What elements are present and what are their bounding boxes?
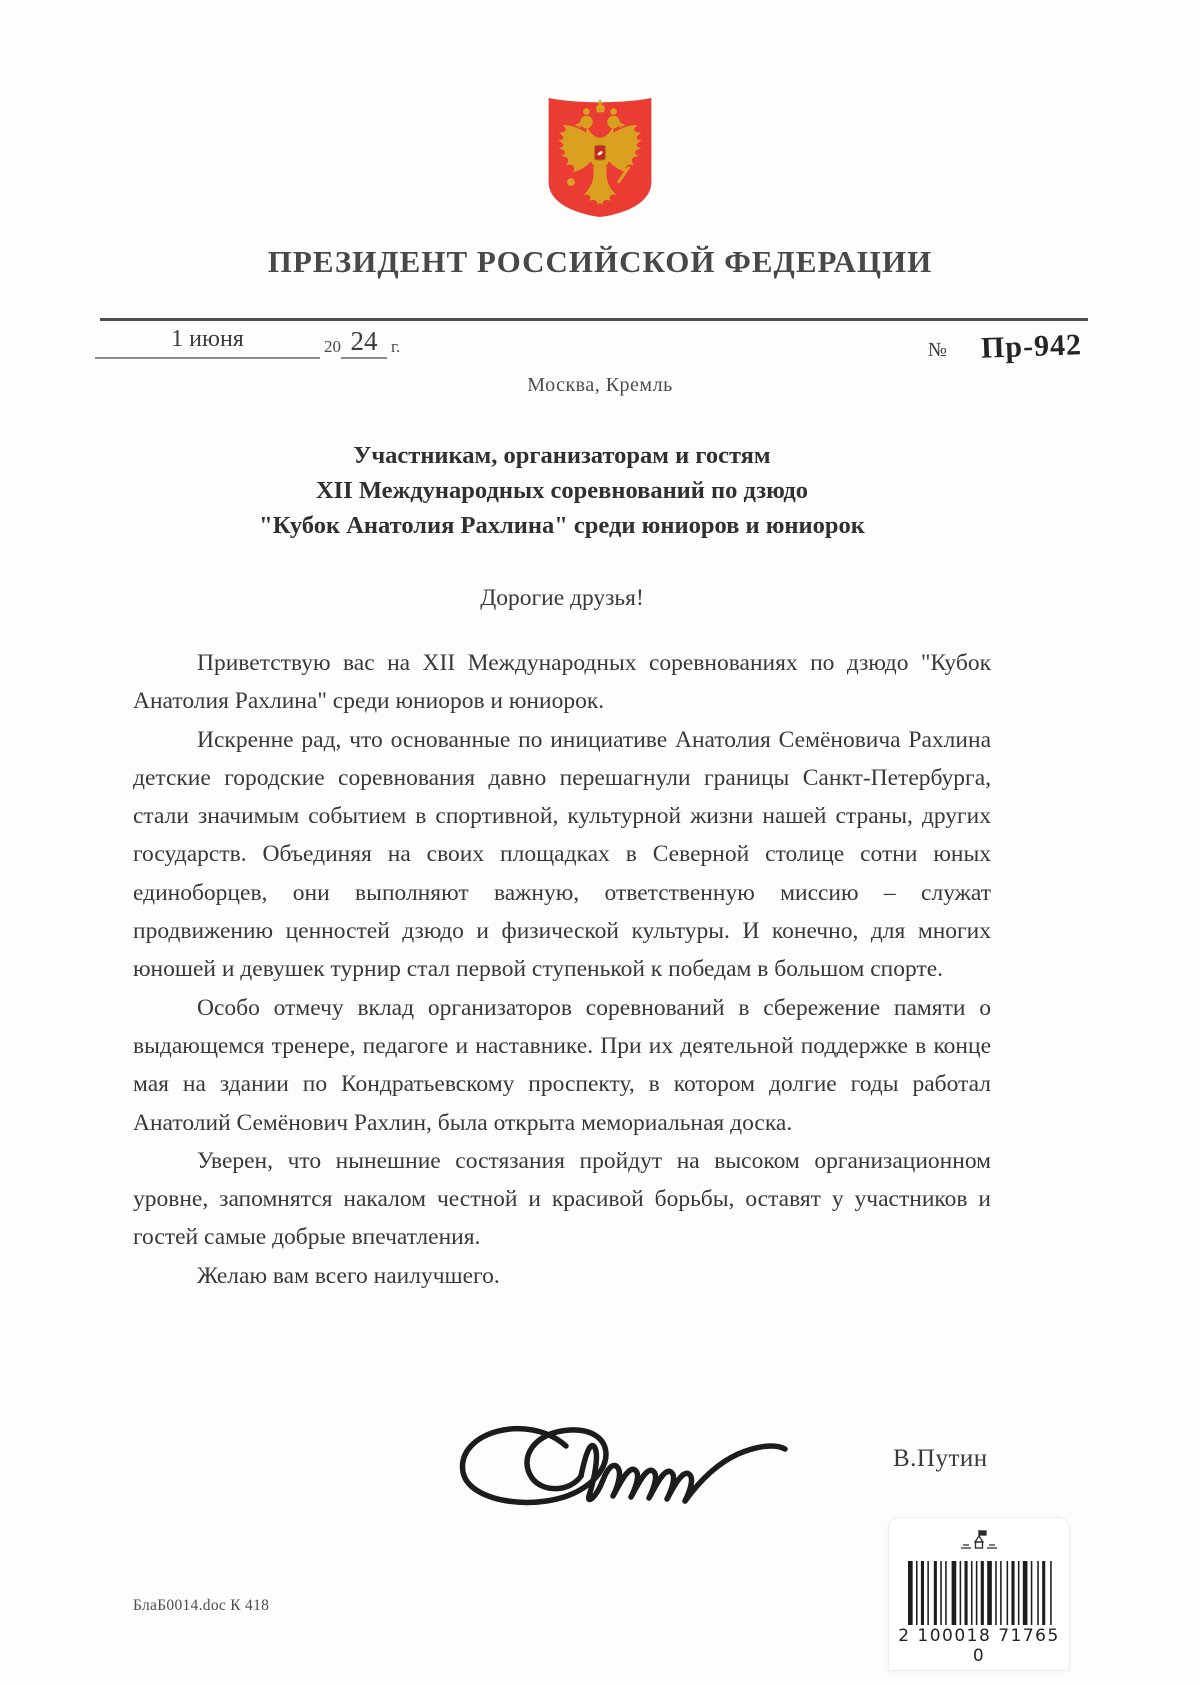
barcode (906, 1561, 1052, 1625)
coat-of-arms (541, 93, 659, 224)
date-value: 1 июня (95, 326, 320, 359)
number-sign: № (928, 339, 947, 361)
addressee-block: Участникам, организаторам и гостям XII М… (133, 438, 991, 543)
addressee-line-1: Участникам, организаторам и гостям (133, 438, 991, 473)
date-year: 24 (341, 326, 387, 359)
signature-icon (418, 1406, 828, 1556)
letterhead-rule (100, 318, 1088, 321)
russia-crest-icon (541, 93, 659, 219)
paragraph-4: Уверен, что нынешние состязания пройдут … (133, 1142, 991, 1257)
scanned-letter-page: ПРЕЗИДЕНТ РОССИЙСКОЙ ФЕДЕРАЦИИ 1 июня202… (0, 0, 1200, 1685)
paragraph-2: Искренне рад, что основанные по инициати… (133, 721, 991, 989)
paragraph-5: Желаю вам всего наилучшего. (133, 1257, 991, 1295)
place-line: Москва, Кремль (0, 374, 1200, 397)
barcode-digits: 2 100018 71765 0 (889, 1626, 1069, 1666)
signer-name: В.Путин (893, 1445, 988, 1473)
addressee-line-3: "Кубок Анатолия Рахлина" среди юниоров и… (133, 508, 991, 543)
letterhead-title: ПРЕЗИДЕНТ РОССИЙСКОЙ ФЕДЕРАЦИИ (0, 244, 1200, 280)
addressee-line-2: XII Международных соревнований по дзюдо (133, 473, 991, 508)
barcode-sticker: 2 100018 71765 0 (889, 1518, 1069, 1670)
document-reference: БлаБ0014.doc К 418 (133, 1597, 269, 1615)
document-number-row: №Пр-942 (928, 330, 1082, 364)
kremlin-tower-icon (959, 1528, 999, 1554)
date-century-prefix: 20 (324, 337, 341, 357)
paragraph-1: Приветствую вас на XII Международных сор… (133, 644, 991, 721)
letter-paragraphs: Приветствую вас на XII Международных сор… (133, 644, 991, 1295)
letter-content: Участникам, организаторам и гостям XII М… (133, 438, 991, 1295)
date-suffix: г. (391, 337, 400, 357)
paragraph-3: Особо отмечу вклад организаторов соревно… (133, 989, 991, 1142)
handwritten-signature (418, 1406, 828, 1561)
salutation: Дорогие друзья! (133, 585, 991, 612)
date-row: 1 июня2024г. (95, 326, 400, 359)
document-number: Пр-942 (980, 328, 1082, 366)
